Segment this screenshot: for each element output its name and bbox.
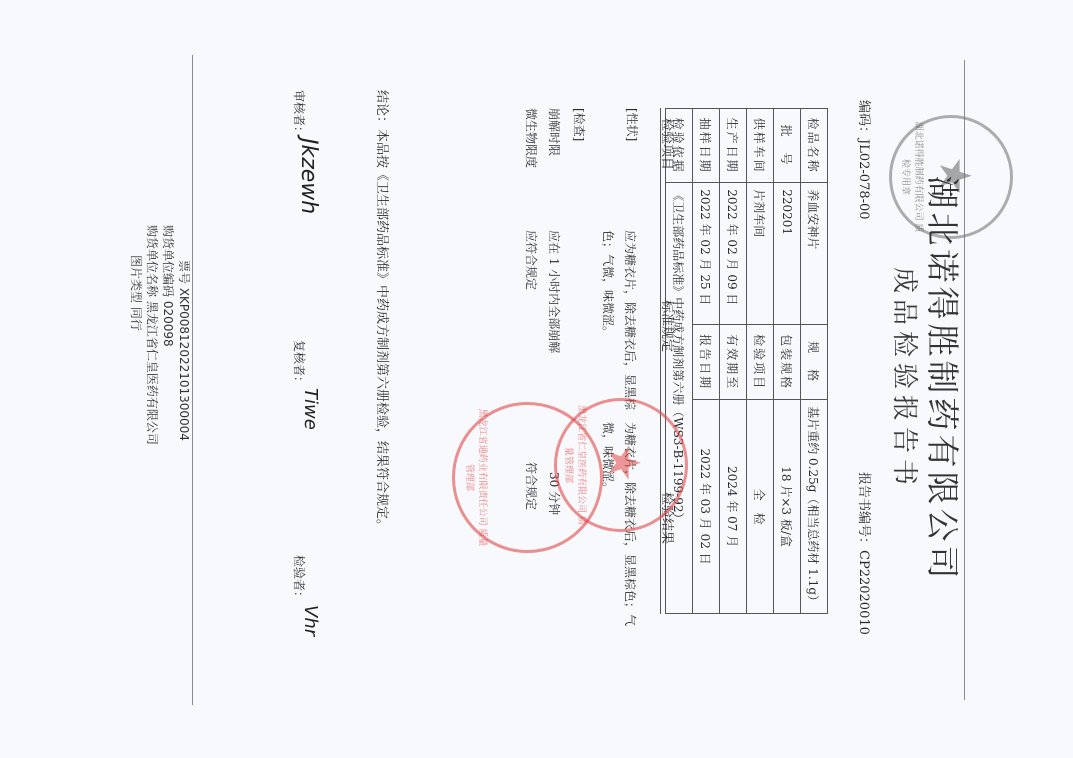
item-microbial: 微生物限度 [523,108,540,168]
conclusion: 结论：本品按《卫生部药品标准》中药成方制剂第六册检验，结果符合规定。 [374,90,393,532]
item-disintegration: 崩解时限 [546,108,563,156]
inspector-label: 检验者： [291,555,308,603]
star-icon: ★ [601,443,645,482]
table-row: 供样车间 片剂车间 检验项目 全 检 [747,109,774,614]
table-row: 抽样日期 2022 年 02 月 25 日 报告日期 2022 年 03 月 0… [693,109,720,614]
header-standard: 标准规定 [659,300,678,352]
document-code: 编码：JL02-078-00 [856,100,875,220]
checker-label: 复核者： [291,340,308,388]
item-checks: [检查] [571,108,588,141]
checker-signature: Tiwe [300,388,321,430]
reviewer-signature: Jkzewh [296,138,321,214]
standard-microbial: 应符合规定 [523,230,540,290]
table-row: 生产日期 2022 年 02 月 09 日 有效期至 2024 年 07 月 [720,109,747,614]
inspection-report-page: ★ 湖北诺得胜制药有限公司 质检专用章 湖北诺得胜制药有限公司 成品检验报告书 … [0,0,1073,758]
report-number: 报告书编号：CP22020010 [856,472,875,635]
item-appearance: [性状] [624,108,641,141]
ticket-number: 票号 XKP00812022101300004 [176,260,193,441]
document-title: 成品检验报告书 [888,0,925,758]
standard-appearance: 应为糖衣片，除去糖衣后，显黑棕色；气微，味微涩。 [597,230,641,410]
reviewer-label: 审核者： [291,90,308,138]
product-info-table: 检品名称 养血安神片 规 格 基片重约 0.25g（相当总药材 1.1g） 批 … [665,108,828,614]
company-name: 湖北诺得胜制药有限公司 [921,0,968,758]
standard-disintegration: 应在 1 小时内全部崩解 [546,230,563,353]
buyer-qa-stamp: 黑龙江省通药业有限责任公司 质量管理部 [452,402,603,553]
image-type: 图片类型 同行 [128,255,145,331]
header-item: 检验项目 [659,118,678,170]
table-row: 检品名称 养血安神片 规 格 基片重约 0.25g（相当总药材 1.1g） [801,109,828,614]
inspector-signature: Vhr [300,605,321,636]
table-row: 批 号 220201 包装规格 18 片×3 板/盒 [774,109,801,614]
buyer-code: 购货单位编码 020098 [160,225,177,347]
buyer-name: 购货单位名称 黑龙江省仁皇医药有限公司 [144,225,161,445]
